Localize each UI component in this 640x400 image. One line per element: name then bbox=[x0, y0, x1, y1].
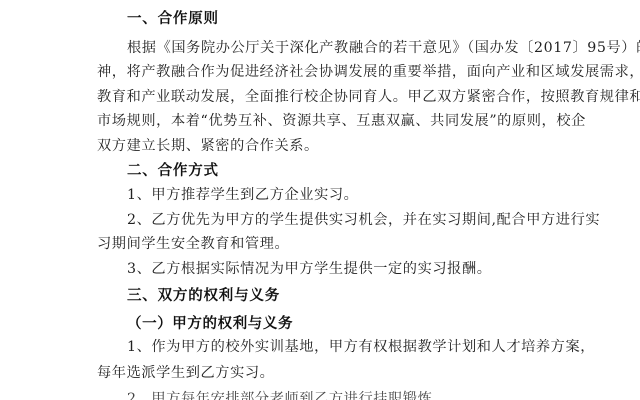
subsection-heading-party-a: （一）甲方的权利与义务 bbox=[127, 315, 293, 333]
paragraph-line: 教育和产业联动发展，全面推行校企协同育人。甲乙双方紧密合作，按照教育规律和 bbox=[97, 88, 539, 106]
paragraph-line: 双方建立长期、紧密的合作关系。 bbox=[97, 137, 319, 155]
list-item-line: 3、乙方根据实际情况为甲方学生提供一定的实习报酬。 bbox=[127, 260, 492, 278]
section-heading-cooperation-principles: 一、合作原则 bbox=[127, 10, 219, 28]
list-item-line: 2、乙方优先为甲方的学生提供实习机会，并在实习期间,配合甲方进行实 bbox=[127, 211, 539, 229]
section-heading-rights-obligations: 三、双方的权利与义务 bbox=[127, 287, 280, 305]
paragraph-line: 根据《国务院办公厅关于深化产教融合的若干意见》（国办发〔2017〕95号）的精 bbox=[127, 39, 539, 57]
list-item-line: 习期间学生安全教育和管理。 bbox=[97, 235, 289, 253]
paragraph-line: 神，将产教融合作为促进经济社会协调发展的重要举措，面向产业和区域发展需求，促进 bbox=[97, 63, 539, 81]
section-heading-cooperation-methods: 二、合作方式 bbox=[127, 162, 219, 180]
paragraph-line: 市场规则，本着“优势互补、资源共享、互惠双赢、共同发展”的原则，校企 bbox=[97, 112, 539, 130]
list-item-line: 1、作为甲方的校外实训基地，甲方有权根据教学计划和人才培养方案， bbox=[127, 338, 539, 356]
list-item-line: 每年选派学生到乙方实习。 bbox=[97, 364, 274, 382]
list-item-line: 1、甲方推荐学生到乙方企业实习。 bbox=[127, 186, 358, 204]
list-item-line-clipped: 2、甲方每年安排部分老师到乙方进行挂职锻炼 bbox=[127, 390, 432, 400]
